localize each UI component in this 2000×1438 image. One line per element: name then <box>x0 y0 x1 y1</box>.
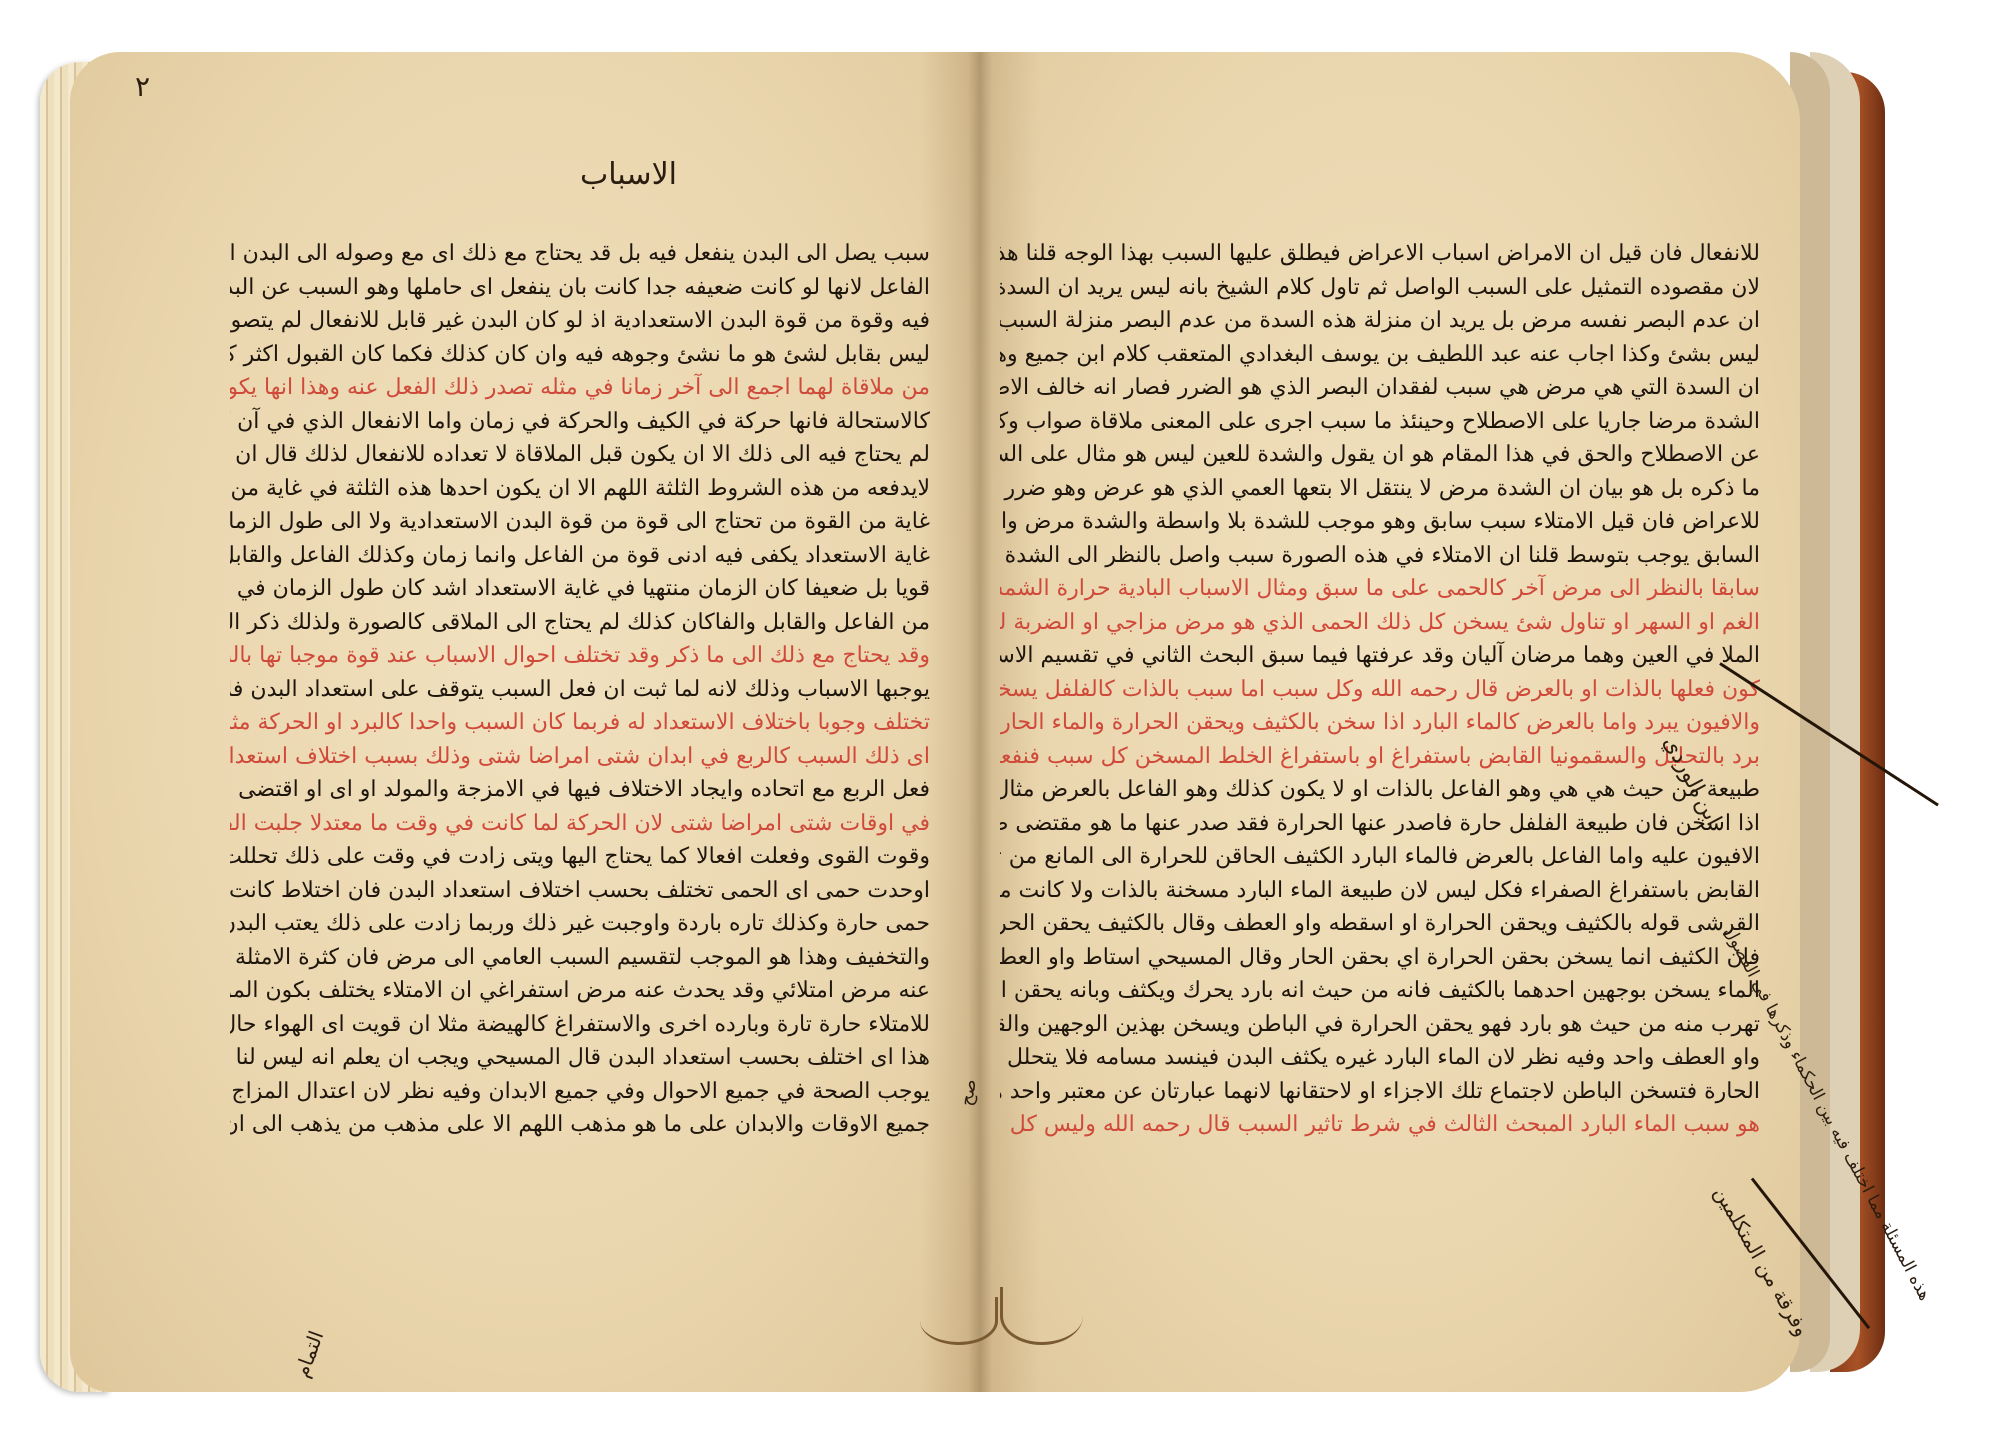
text-line: جميع الاوقات والابدان على ما هو مذهب الل… <box>230 1108 930 1142</box>
rubric-line: من ملاقاة لهما اجمع الى آخر زمانا في مثل… <box>230 371 930 405</box>
left-page-text: سبب يصل الى البدن ينفعل فيه بل قد يحتاج … <box>230 237 930 1142</box>
text-line: فان الكثيف انما يسخن بحقن الحرارة اي بحق… <box>1000 941 1760 975</box>
text-line: لان مقصوده التمثيل على السبب الواصل ثم ت… <box>1000 271 1760 305</box>
right-page-text: للانفعال فان قيل ان الامراض اسباب الاعرا… <box>1000 237 1760 1142</box>
text-line: الفاعل لانها لو كانت ضعيفه جدا كانت بان … <box>230 271 930 305</box>
open-manuscript: ٢ الاسباب سبب يصل الى البدن ينفعل فيه بل… <box>40 52 1980 1412</box>
text-line: ليس بقابل لشئ هو ما نشئ وجوهه فيه وان كا… <box>230 338 930 372</box>
text-line: اذا اسخن فان طبيعة الفلفل حارة فاصدر عنه… <box>1000 807 1760 841</box>
rubric-line: في اوقات شتى امراضا شتى لان الحركة لما ك… <box>230 807 930 841</box>
text-line: واو العطف واحد وفيه نظر لان الماء البارد… <box>1000 1041 1760 1075</box>
rubric-line: سابقا بالنظر الى مرض آخر كالحمى على ما س… <box>1000 572 1760 606</box>
paper-tear-right <box>1000 1287 1083 1345</box>
rubric-line: الغم او السهر او تناول شئ يسخن كل ذلك ال… <box>1000 606 1760 640</box>
rubric-line: وقد يحتاج مع ذلك الى ما ذكر وقد تختلف اح… <box>230 639 930 673</box>
text-line: القرشى قوله بالكثيف ويحقن الحرارة او اسق… <box>1000 907 1760 941</box>
text-line: حمى حارة وكذلك تاره باردة واوجبت غير ذلك… <box>230 907 930 941</box>
text-line: عنه مرض امتلائي وقد يحدث عنه مرض استفراغ… <box>230 974 930 1008</box>
text-line: الشدة مرضا جاريا على الاصطلاح وحينئذ ما … <box>1000 405 1760 439</box>
text-line: هذا اى اختلف بحسب استعداد البدن قال المس… <box>230 1041 930 1075</box>
text-line: تهرب منه من حيث هو بارد فهو يحقن الحرارة… <box>1000 1008 1760 1042</box>
text-line: من الفاعل والقابل والفاكان كذلك لم يحتاج… <box>230 606 930 640</box>
folio-number: ٢ <box>135 70 150 103</box>
page-header: الاسباب <box>580 157 677 192</box>
text-line: للامتلاء حارة تارة وبارده اخرى والاستفرا… <box>230 1008 930 1042</box>
text-line: للانفعال فان قيل ان الامراض اسباب الاعرا… <box>1000 237 1760 271</box>
text-line: ان عدم البصر نفسه مرض بل يريد ان منزلة ه… <box>1000 304 1760 338</box>
rubric-line: تختلف وجوبا باختلاف الاستعداد له فربما ك… <box>230 706 930 740</box>
text-line: الافيون عليه واما الفاعل بالعرض فالماء ا… <box>1000 840 1760 874</box>
text-line: فيه وقوة من قوة البدن الاستعدادية اذ لو … <box>230 304 930 338</box>
text-line: والتخفيف وهذا هو الموجب لتقسيم السبب الع… <box>230 941 930 975</box>
text-line: القابض باستفراغ الصفراء فكل ليس لان طبيع… <box>1000 874 1760 908</box>
text-line: ما ذكره بل هو بيان ان الشدة مرض لا ينتقل… <box>1000 472 1760 506</box>
rubric-line: كون فعلها بالذات او بالعرض قال رحمه الله… <box>1000 673 1760 707</box>
text-line: وقوت القوى وفعلت افعالا كما يحتاج اليها … <box>230 840 930 874</box>
text-line: اوحدت حمى اى الحمى تختلف بحسب اختلاف است… <box>230 874 930 908</box>
rubric-line: والافيون يبرد واما بالعرض كالماء البارد … <box>1000 706 1760 740</box>
text-line: السابق يوجب بتوسط قلنا ان الامتلاء في هذ… <box>1000 539 1760 573</box>
text-line: قويا بل ضعيفا كان الزمان منتهيا في غاية … <box>230 572 930 606</box>
paper-tear-left <box>920 1297 998 1345</box>
text-line: الملا في العين وهما مرضان آليان وقد عرفت… <box>1000 639 1760 673</box>
text-line: غاية الاستعداد يكفى فيه ادنى قوة من الفا… <box>230 539 930 573</box>
rubric-line: برد بالتحليل والسقمونيا القابض باستفراغ … <box>1000 740 1760 774</box>
text-line: كالاستحالة فانها حركة في الكيف والحركة ف… <box>230 405 930 439</box>
text-line: الحارة فتسخن الباطن لاجتماع تلك الاجزاء … <box>1000 1075 1760 1109</box>
text-line: يوجبها الاسباب وذلك لانه لما ثبت ان فعل … <box>230 673 930 707</box>
text-line: غاية من القوة من تحتاج الى قوة من قوة ال… <box>230 505 930 539</box>
text-line: يوجب الصحة في جميع الاحوال وفي جميع الاب… <box>230 1075 930 1109</box>
rubric-line: هو سبب الماء البارد المبحث الثالث في شرط… <box>1000 1108 1760 1142</box>
text-line: طبيعة من حيث هي هي وهو الفاعل بالذات او … <box>1000 773 1760 807</box>
text-line: ان السدة التي هي مرض هي سبب لفقدان البصر… <box>1000 371 1760 405</box>
text-line: ليس بشئ وكذا اجاب عنه عبد اللطيف بن يوسف… <box>1000 338 1760 372</box>
rubric-line: اى ذلك السبب كالربع في ابدان شتى امراضا … <box>230 740 930 774</box>
text-line: الماء يسخن بوجهين احدهما بالكثيف فانه من… <box>1000 974 1760 1008</box>
text-line: سبب يصل الى البدن ينفعل فيه بل قد يحتاج … <box>230 237 930 271</box>
text-line: لم يحتاج فيه الى ذلك الا ان يكون قبل الم… <box>230 438 930 472</box>
text-line: عن الاصطلاح والحق في هذا المقام هو ان يق… <box>1000 438 1760 472</box>
text-line: فعل الربع مع اتحاده وايجاد الاختلاف فيها… <box>230 773 930 807</box>
text-line: لايدفعه من هذه الشروط الثلثة اللهم الا ا… <box>230 472 930 506</box>
text-line: للاعراض فان قيل الامتلاء سبب سابق وهو مو… <box>1000 505 1760 539</box>
